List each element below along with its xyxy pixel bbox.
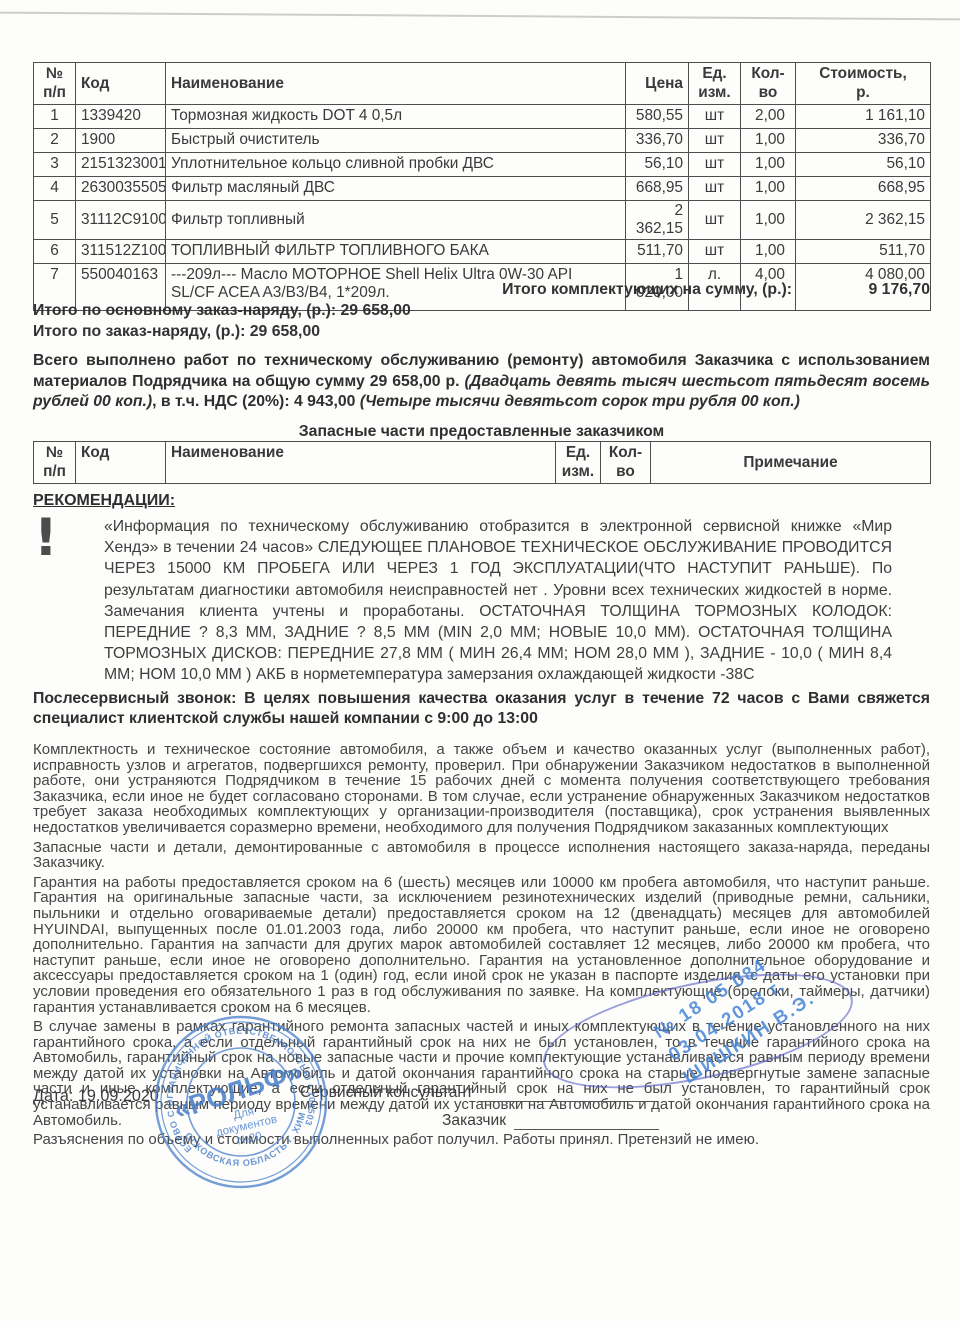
client-parts-table: №п/п Код Наименование Ед.изм. Кол-во При… bbox=[33, 441, 930, 484]
cell-qty: 1,00 bbox=[741, 128, 796, 152]
components-total-label: Итого комплектующих на сумму, (р.): bbox=[502, 281, 792, 299]
cell-name: Быстрый очиститель bbox=[166, 128, 626, 152]
cell-unit: шт bbox=[689, 152, 741, 176]
exclamation-icon: ! bbox=[34, 508, 58, 568]
cell-num: 4 bbox=[34, 176, 76, 200]
legal-paragraph: Запасные части и детали, демонтированные… bbox=[33, 840, 930, 871]
col-unit: Ед.изм. bbox=[689, 63, 741, 105]
summary-vat-words: (Четыре тысячи девятьсот сорок три рубля… bbox=[360, 393, 800, 410]
cell-qty: 1,00 bbox=[741, 200, 796, 239]
cell-cost: 336,70 bbox=[796, 128, 931, 152]
document-date: Дата: 19.09.2020 bbox=[33, 1087, 159, 1106]
cell-unit: шт bbox=[689, 200, 741, 239]
cell-name: Фильтр топливный bbox=[166, 200, 626, 239]
client-parts-title: Запасные части предоставленные заказчико… bbox=[33, 423, 930, 441]
cell-qty: 1,00 bbox=[741, 152, 796, 176]
cell-code: 311512Z100 bbox=[76, 239, 166, 263]
col-code: Код bbox=[76, 63, 166, 105]
components-total-value: 9 176,70 bbox=[792, 281, 930, 299]
cell-name: ТОПЛИВНЫЙ ФИЛЬТР ТОПЛИВНОГО БАКА bbox=[166, 239, 626, 263]
components-total-line: Итого комплектующих на сумму, (р.): 9 17… bbox=[33, 281, 930, 299]
cell-qty: 2,00 bbox=[741, 104, 796, 128]
cell-name: Тормозная жидкость DOT 4 0,5л bbox=[166, 104, 626, 128]
parts-table-header-row: №п/п Код Наименование Цена Ед.изм. Кол-в… bbox=[34, 63, 931, 105]
cell-name: Фильтр масляный ДВС bbox=[166, 176, 626, 200]
cell-name: Уплотнительное кольцо сливной пробки ДВС bbox=[166, 152, 626, 176]
main-order-total: Итого по основному заказ-наряду, (р.): 2… bbox=[33, 302, 930, 320]
cell-unit: шт bbox=[689, 176, 741, 200]
cell-code: 1900 bbox=[76, 128, 166, 152]
cell-unit: шт bbox=[689, 239, 741, 263]
cell-cost: 511,70 bbox=[796, 239, 931, 263]
col-code: Код bbox=[76, 442, 166, 484]
work-summary-paragraph: Всего выполнено работ по техническому об… bbox=[33, 351, 930, 413]
cell-qty: 1,00 bbox=[741, 239, 796, 263]
cell-cost: 1 161,10 bbox=[796, 104, 931, 128]
col-note: Примечание bbox=[651, 442, 931, 484]
cell-code: 31112C9100 bbox=[76, 200, 166, 239]
parts-table: №п/п Код Наименование Цена Ед.изм. Кол-в… bbox=[33, 62, 930, 311]
cell-unit: шт bbox=[689, 128, 741, 152]
cell-cost: 2 362,15 bbox=[796, 200, 931, 239]
cell-num: 3 bbox=[34, 152, 76, 176]
table-row: 1 1339420 Тормозная жидкость DOT 4 0,5л … bbox=[34, 104, 931, 128]
cell-price: 511,70 bbox=[626, 239, 689, 263]
post-service-call-paragraph: Послесервисный звонок: В целях повышения… bbox=[33, 689, 930, 730]
cell-price: 668,95 bbox=[626, 176, 689, 200]
cell-price: 56,10 bbox=[626, 152, 689, 176]
col-num: №п/п bbox=[34, 442, 76, 484]
cell-unit: шт bbox=[689, 104, 741, 128]
table-row: 6 311512Z100 ТОПЛИВНЫЙ ФИЛЬТР ТОПЛИВНОГО… bbox=[34, 239, 931, 263]
service-order-document: №п/п Код Наименование Цена Ед.изм. Кол-в… bbox=[0, 0, 960, 1321]
summary-vat-text: , в т.ч. НДС (20%): 4 943,00 bbox=[152, 393, 360, 410]
cell-price: 336,70 bbox=[626, 128, 689, 152]
cell-code: 2151323001 bbox=[76, 152, 166, 176]
legal-paragraph: Комплектность и техническое состояние ав… bbox=[33, 742, 930, 836]
cell-num: 1 bbox=[34, 104, 76, 128]
col-num: №п/п bbox=[34, 63, 76, 105]
cell-qty: 1,00 bbox=[741, 176, 796, 200]
col-price: Цена bbox=[626, 63, 689, 105]
customer-label: Заказчик bbox=[442, 1112, 506, 1129]
cell-code: 1339420 bbox=[76, 104, 166, 128]
order-total: Итого по заказ-наряду, (р.): 29 658,00 bbox=[33, 323, 930, 341]
col-cost: Стоимость,р. bbox=[796, 63, 931, 105]
cell-num: 5 bbox=[34, 200, 76, 239]
cell-cost: 56,10 bbox=[796, 152, 931, 176]
table-row: 3 2151323001 Уплотнительное кольцо сливн… bbox=[34, 152, 931, 176]
customer-signature-row: Заказчик bbox=[442, 1112, 659, 1130]
cell-price: 580,55 bbox=[626, 104, 689, 128]
table-row: 5 31112C9100 Фильтр топливный 2 362,15 ш… bbox=[34, 200, 931, 239]
col-qty: Кол-во bbox=[601, 442, 651, 484]
cell-code: 2630035505 bbox=[76, 176, 166, 200]
table-row: 4 2630035505 Фильтр масляный ДВС 668,95 … bbox=[34, 176, 931, 200]
cell-num: 2 bbox=[34, 128, 76, 152]
col-unit: Ед.изм. bbox=[556, 442, 601, 484]
col-qty: Кол-во bbox=[741, 63, 796, 105]
recommendations-text: «Информация по техническому обслуживанию… bbox=[104, 516, 892, 686]
col-name: Наименование bbox=[166, 442, 556, 484]
scan-artifact-line bbox=[0, 12, 960, 21]
col-name: Наименование bbox=[166, 63, 626, 105]
consultant-signature-line bbox=[481, 1087, 656, 1102]
client-parts-header-row: №п/п Код Наименование Ед.изм. Кол-во При… bbox=[34, 442, 931, 484]
cell-price: 2 362,15 bbox=[626, 200, 689, 239]
table-row: 2 1900 Быстрый очиститель 336,70 шт 1,00… bbox=[34, 128, 931, 152]
cell-num: 6 bbox=[34, 239, 76, 263]
cell-cost: 668,95 bbox=[796, 176, 931, 200]
customer-signature-line bbox=[514, 1115, 659, 1130]
